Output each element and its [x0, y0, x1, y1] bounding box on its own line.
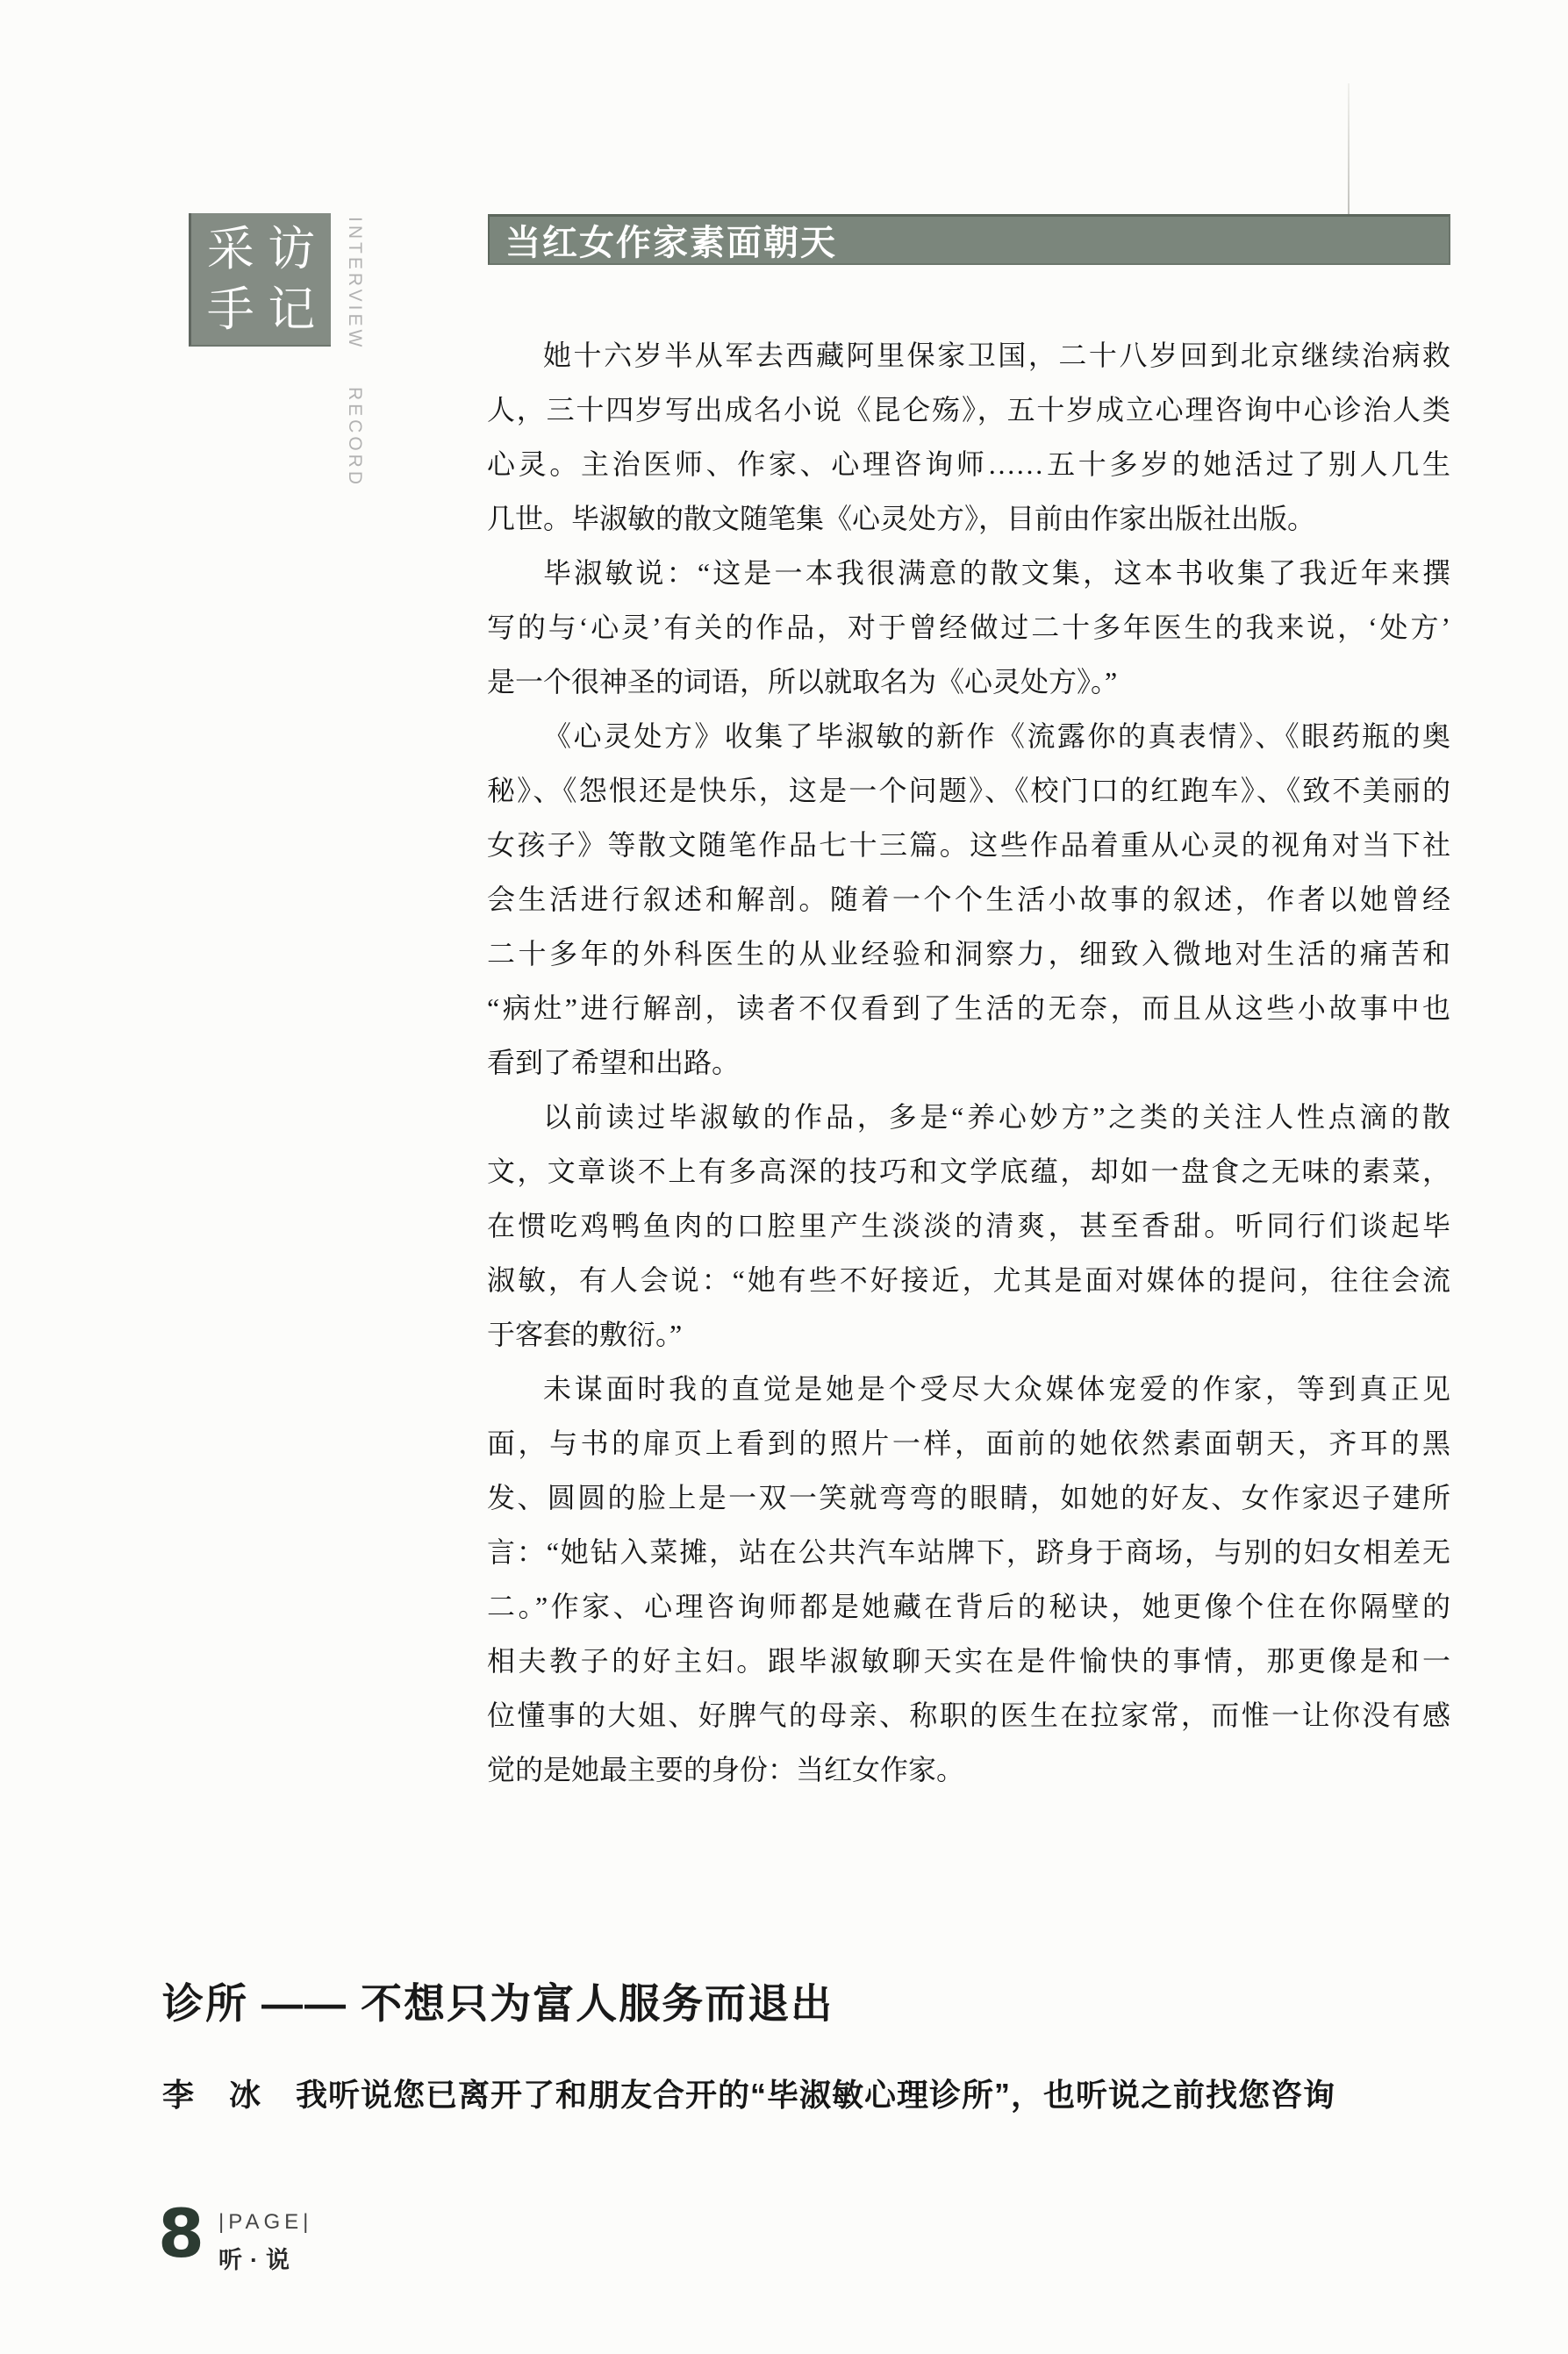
text-line: 淑敏，有人会说：“她有些不好接近，尤其是面对媒体的提问，往往会流 — [487, 1253, 1450, 1307]
page-number: 8 — [158, 2199, 204, 2269]
text-line: 二十多年的外科医生的从业经验和洞察力，细致入微地对生活的痛苦和 — [487, 927, 1450, 981]
interview-question-row: 李 冰 我听说您已离开了和朋友合开的“毕淑敏心理诊所”，也听说之前找您咨询 — [162, 2071, 1461, 2115]
text-line: 面，与书的扉页上看到的照片一样，面前的她依然素面朝天，齐耳的黑 — [487, 1416, 1450, 1470]
stamp-char: 访 — [268, 225, 315, 273]
text-line: 秘》、《怨恨还是快乐，这是一个问题》、《校门口的红跑车》、《致不美丽的 — [487, 763, 1450, 818]
paragraph: 未谋面时我的直觉是她是个受尽大众媒体宠爱的作家，等到真正见面，与书的扉页上看到的… — [487, 1362, 1450, 1797]
scanned-book-page: 采访手记 INTERVIEWRECORD 当红女作家素面朝天 她十六岁半从军去西… — [0, 0, 1568, 2354]
question-text: 我听说您已离开了和朋友合开的“毕淑敏心理诊所”，也听说之前找您咨询 — [296, 2071, 1335, 2115]
text-line: 毕淑敏说：“这是一本我很满意的散文集，这本书收集了我近年来撰 — [487, 546, 1450, 600]
text-line: 位懂事的大姐、好脾气的母亲、称职的医生在拉家常，而惟一让你没有感 — [487, 1688, 1450, 1742]
text-line: 文，文章谈不上有多高深的技巧和文学底蕴，却如一盘食之无味的素菜， — [487, 1144, 1450, 1198]
text-line: 看到了希望和出路。 — [487, 1035, 1450, 1090]
text-line: 写的与‘心灵’有关的作品，对于曾经做过二十多年医生的我来说，‘处方’ — [487, 600, 1450, 655]
text-line: 几世。毕淑敏的散文随笔集《心灵处方》，目前由作家出版社出版。 — [487, 491, 1450, 546]
stamp-char: 记 — [268, 286, 315, 333]
text-line: “病灶”进行解剖，读者不仅看到了生活的无奈，而且从这些小故事中也 — [487, 981, 1450, 1035]
scan-crease-line — [1348, 83, 1350, 217]
text-line: 在惯吃鸡鸭鱼肉的口腔里产生淡淡的清爽，甚至香甜。听同行们谈起毕 — [487, 1198, 1450, 1253]
text-line: 是一个很神圣的词语，所以就取名为《心灵处方》。” — [487, 655, 1450, 709]
text-line: 人，三十四岁写出成名小说《昆仑殇》，五十岁成立心理咨询中心诊治人类 — [487, 383, 1450, 437]
text-line: 《心灵处方》收集了毕淑敏的新作《流露你的真表情》、《眼药瓶的奥 — [487, 709, 1450, 763]
article-title: 当红女作家素面朝天 — [490, 215, 837, 265]
text-line: 发、圆圆的脸上是一双一笑就弯弯的眼睛，如她的好友、女作家迟子建所 — [487, 1470, 1450, 1525]
text-line: 她十六岁半从军去西藏阿里保家卫国，二十八岁回到北京继续治病救 — [487, 328, 1450, 383]
paragraph: 她十六岁半从军去西藏阿里保家卫国，二十八岁回到北京继续治病救人，三十四岁写出成名… — [487, 328, 1450, 546]
paragraph: 毕淑敏说：“这是一本我很满意的散文集，这本书收集了我近年来撰写的与‘心灵’有关的… — [487, 546, 1450, 709]
eyebrow-word: RECORD — [345, 387, 365, 488]
article-title-bar: 当红女作家素面朝天 — [488, 214, 1450, 265]
paragraph: 以前读过毕淑敏的作品，多是“养心妙方”之类的关注人性点滴的散文，文章谈不上有多高… — [487, 1090, 1450, 1362]
text-line: 相夫教子的好主妇。跟毕淑敏聊天实在是件愉快的事情，那更像是和一 — [487, 1634, 1450, 1688]
text-line: 女孩子》等散文随笔作品七十三篇。这些作品着重从心灵的视角对当下社 — [487, 818, 1450, 872]
text-line: 于客套的敷衍。” — [487, 1307, 1450, 1362]
speaker-name: 李 冰 — [162, 2071, 262, 2115]
text-line: 以前读过毕淑敏的作品，多是“养心妙方”之类的关注人性点滴的散 — [487, 1090, 1450, 1144]
text-line: 言：“她钻入菜摊，站在公共汽车站牌下，跻身于商场，与别的妇女相差无 — [487, 1525, 1450, 1579]
text-line: 未谋面时我的直觉是她是个受尽大众媒体宠爱的作家，等到真正见 — [487, 1362, 1450, 1416]
text-line: 觉的是她最主要的身份：当红女作家。 — [487, 1742, 1450, 1797]
text-line: 心灵。主治医师、作家、心理咨询师……五十多岁的她活过了别人几生 — [487, 437, 1450, 491]
page-label: |PAGE| — [218, 2210, 312, 2235]
interview-stamp: 采访手记 — [189, 213, 331, 347]
stamp-char: 手 — [207, 286, 254, 333]
eyebrow-label: INTERVIEWRECORD — [344, 217, 365, 568]
text-line: 会生活进行叙述和解剖。随着一个个生活小故事的叙述，作者以她曾经 — [487, 872, 1450, 927]
paragraph: 《心灵处方》收集了毕淑敏的新作《流露你的真表情》、《眼药瓶的奥秘》、《怨恨还是快… — [487, 709, 1450, 1090]
section-heading: 诊所 —— 不想只为富人服务而退出 — [162, 1971, 1479, 2030]
stamp-char: 采 — [207, 225, 254, 273]
text-line: 二。”作家、心理咨询师都是她藏在背后的秘诀，她更像个住在你隔壁的 — [487, 1579, 1450, 1634]
article-body: 她十六岁半从军去西藏阿里保家卫国，二十八岁回到北京继续治病救人，三十四岁写出成名… — [487, 328, 1450, 1797]
eyebrow-word: INTERVIEW — [345, 217, 365, 350]
book-title: 听·说 — [218, 2241, 312, 2275]
footer: |PAGE| 听·说 — [218, 2210, 312, 2275]
